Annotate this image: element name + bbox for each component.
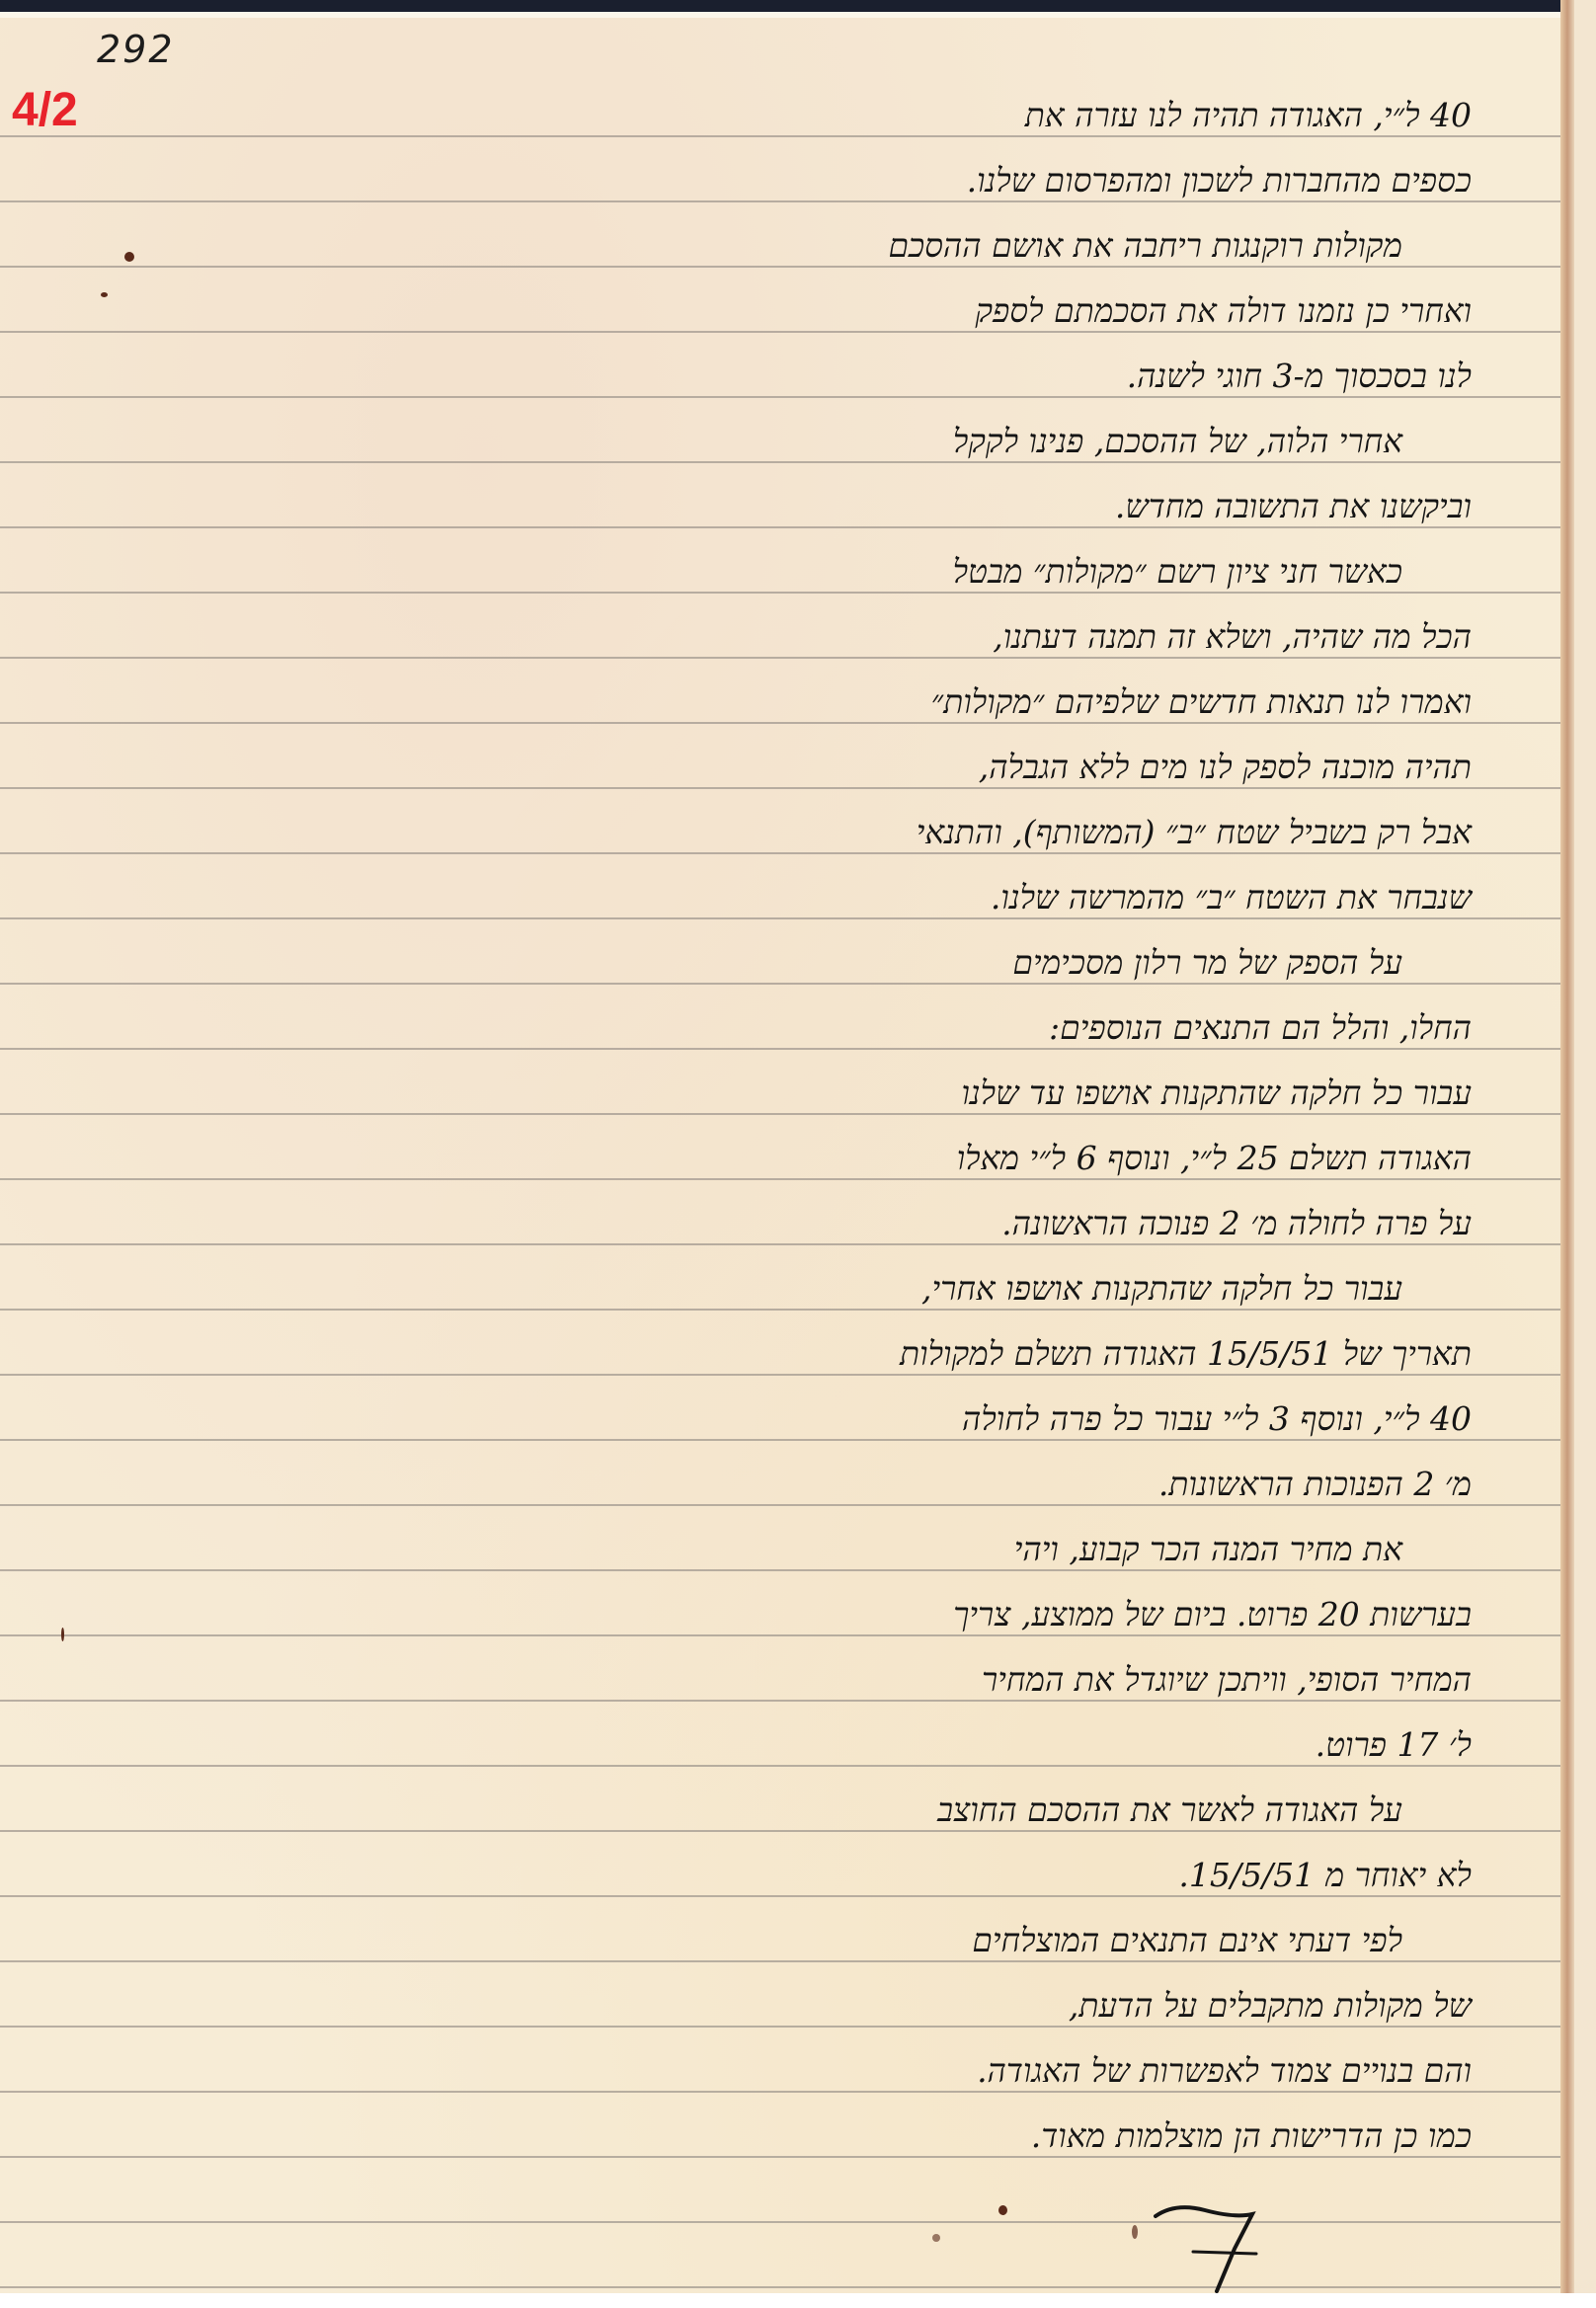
- ruled-line: [0, 2286, 1596, 2288]
- ink-spot: [61, 1628, 64, 1641]
- handwritten-line: והם בנויים צמוד לאפשרות של האגודה.: [780, 2038, 1472, 2104]
- handwritten-line: על הספק של מר רלון מסכימים: [780, 930, 1472, 995]
- archive-mark: 4/2: [12, 83, 78, 137]
- ink-spot: [101, 292, 108, 297]
- handwritten-line: לא יאוחר מ 15/5/51.: [780, 1843, 1472, 1908]
- bleed-through-text: [188, 99, 741, 229]
- ink-spot: [998, 2205, 1007, 2215]
- handwritten-line: עבור כל חלקה שהתקנות אושפו אחרי,: [780, 1256, 1472, 1321]
- handwritten-line: ואמרו לנו תנאות חדשים שלפיהם ״מקולות״: [780, 670, 1472, 735]
- handwritten-line: ל׳ 17 פרוט.: [780, 1712, 1472, 1778]
- handwritten-line: על פרה לחולה מ׳ 2 פנוכה הראשונה.: [780, 1191, 1472, 1256]
- handwritten-line: החלו, והלל הם התנאים הנוספים:: [780, 995, 1472, 1061]
- handwritten-line: ואחרי כן נזמנו דולה את הסכמתם לספק: [780, 279, 1472, 344]
- handwritten-line: שנבחר את השטח ״ב״ מהמרשה שלנו.: [780, 865, 1472, 930]
- handwritten-line: מקולות רוקנגות ריחבה את אושם ההסכם: [780, 213, 1472, 279]
- handwritten-line: על האגודה לאשר את ההסכם החוצב: [780, 1778, 1472, 1843]
- handwritten-line: וביקשנו את התשובה מחדש.: [780, 474, 1472, 539]
- signature-mark: [1146, 2194, 1284, 2293]
- notebook-page: 292 4/2 40 ל״י, האגודה תהיה לנו עזרה אתכ…: [0, 0, 1596, 2293]
- handwritten-line: כמו כן הדרישות הן מוצלמות מאוד.: [780, 2104, 1472, 2169]
- handwritten-line: האגודה תשלם 25 ל״י, ונוסף 6 ל״י מאלו: [780, 1126, 1472, 1191]
- handwritten-line: כספים מהחברות לשכון ומהפרסום שלנו.: [780, 148, 1472, 213]
- handwritten-line: 40 ל״י, האגודה תהיה לנו עזרה את: [780, 83, 1472, 148]
- handwritten-line: המחיר הסופי, וויתכן שיוגדל את המחיר: [780, 1647, 1472, 1712]
- ink-spot: [932, 2234, 940, 2242]
- ruled-line: [0, 2221, 1596, 2223]
- handwritten-line: מ׳ 2 הפנוכות הראשונות.: [780, 1452, 1472, 1517]
- ink-spot: [124, 252, 134, 262]
- handwritten-line: כאשר חני ציון רשם ״מקולות״ מבטל: [780, 539, 1472, 604]
- ink-spot: [1132, 2225, 1138, 2239]
- handwritten-line: לנו בסכסוך מ-3 חוגי לשנה.: [780, 344, 1472, 409]
- handwritten-line: אבל רק בשביל שטח ״ב״ (המשותף), והתנאי: [780, 800, 1472, 865]
- handwritten-line: את מחיר המנה הכר קבוע, ויהי: [780, 1517, 1472, 1582]
- handwritten-line: 40 ל״י, ונוסף 3 ל״י עבור כל פרה לחולה: [780, 1387, 1472, 1452]
- handwritten-line: של מקולות מתקבלים על הדעת,: [780, 1973, 1472, 2038]
- handwritten-line: תהיה מוכנה לספק לנו מים ללא הגבלה,: [780, 735, 1472, 800]
- page-binding-shadow: [1560, 0, 1574, 2293]
- handwritten-text-column: 40 ל״י, האגודה תהיה לנו עזרה אתכספים מהח…: [780, 83, 1472, 2169]
- folio-number: 292: [97, 28, 175, 71]
- handwritten-line: אחרי הלוה, של ההסכם, פנינו לקקל: [780, 409, 1472, 474]
- handwritten-line: תאריך של 15/5/51 האגודה תשלם למקולות: [780, 1321, 1472, 1387]
- handwritten-line: בערשות 20 פרוט. ביום של ממוצע, צריך: [780, 1582, 1472, 1647]
- page-edge: [1574, 0, 1596, 2293]
- scan-top-margin: [0, 12, 1596, 18]
- handwritten-line: עבור כל חלקה שהתקנות אושפו עד שלנו: [780, 1061, 1472, 1126]
- handwritten-line: הכל מה שהיה, ושלא זה תמנה דעתנו,: [780, 604, 1472, 670]
- scan-top-edge: [0, 0, 1596, 12]
- handwritten-line: לפי דעתי אינם התנאים המוצלחים: [780, 1908, 1472, 1973]
